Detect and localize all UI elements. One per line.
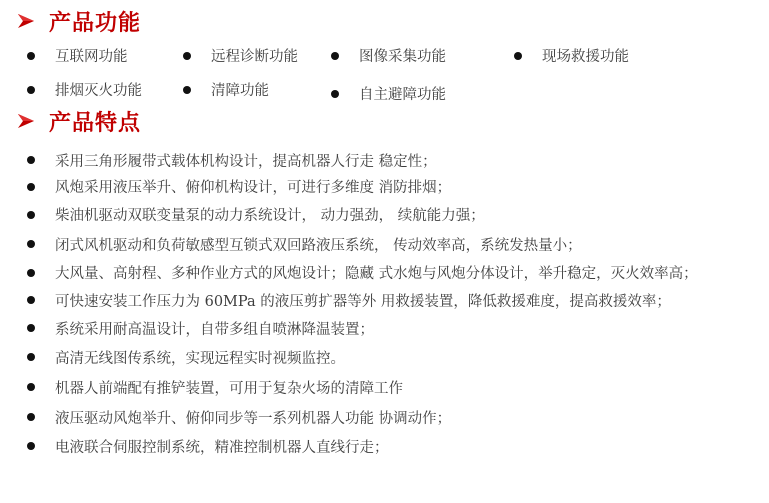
bullet-icon: [27, 211, 35, 219]
bullet-icon: [27, 296, 35, 304]
feature-item: 大风量、高射程、多种作业方式的风炮设计；隐藏 式水炮与风炮分体设计，举升稳定，灭…: [27, 259, 698, 286]
arrow-right-icon: [17, 112, 35, 130]
section-heading-functions: 产品功能: [17, 6, 141, 36]
feature-text: 大风量、高射程、多种作业方式的风炮设计；隐藏 式水炮与风炮分体设计，举升稳定，灭…: [55, 262, 698, 283]
feature-item: 可快速安装工作压力为 60MPa 的液压剪扩器等外 用救援装置，降低救援难度，提…: [27, 286, 698, 314]
feature-text: 电液联合伺服控制系统，精准控制机器人直线行走；: [55, 436, 389, 457]
function-item: 远程诊断功能: [183, 45, 298, 66]
feature-list: 采用三角形履带式载体机构设计，提高机器人行走 稳定性； 风炮采用液压举升、俯仰机…: [27, 147, 698, 460]
feature-item: 风炮采用液压举升、俯仰机构设计，可进行多维度 消防排烟；: [27, 173, 698, 200]
feature-text: 系统采用耐高温设计，自带多组自喷淋降温装置；: [55, 318, 374, 339]
function-item: 现场救援功能: [514, 45, 629, 66]
function-item: 自主避障功能: [331, 83, 446, 104]
feature-item: 采用三角形履带式载体机构设计，提高机器人行走 稳定性；: [27, 147, 698, 173]
feature-text: 液压驱动风炮举升、俯仰同步等一系列机器人功能 协调动作；: [55, 407, 451, 428]
feature-item: 系统采用耐高温设计，自带多组自喷淋降温装置；: [27, 314, 698, 342]
function-item: 清障功能: [183, 79, 269, 100]
bullet-icon: [183, 86, 191, 94]
bullet-icon: [514, 52, 522, 60]
function-item: 排烟灭火功能: [27, 79, 142, 100]
feature-text: 可快速安装工作压力为 60MPa 的液压剪扩器等外 用救援装置，降低救援难度，提…: [55, 290, 671, 311]
bullet-icon: [27, 269, 35, 277]
feature-text: 高清无线图传系统，实现远程实时视频监控。: [55, 347, 345, 368]
bullet-icon: [27, 442, 35, 450]
feature-item: 高清无线图传系统，实现远程实时视频监控。: [27, 342, 698, 372]
feature-text: 风炮采用液压举升、俯仰机构设计，可进行多维度 消防排烟；: [55, 176, 451, 197]
function-label: 互联网功能: [55, 45, 128, 66]
feature-text: 采用三角形履带式载体机构设计，提高机器人行走 稳定性；: [55, 150, 437, 171]
bullet-icon: [27, 353, 35, 361]
bullet-icon: [331, 90, 339, 98]
function-item: 互联网功能: [27, 45, 128, 66]
section-title: 产品特点: [49, 106, 141, 137]
bullet-icon: [27, 183, 35, 191]
section-title: 产品功能: [49, 6, 141, 37]
feature-item: 电液联合伺服控制系统，精准控制机器人直线行走；: [27, 432, 698, 460]
function-label: 清障功能: [211, 79, 269, 100]
feature-text: 闭式风机驱动和负荷敏感型互锁式双回路液压系统， 传动效率高，系统发热量小；: [55, 234, 582, 255]
bullet-icon: [27, 413, 35, 421]
bullet-icon: [27, 52, 35, 60]
feature-item: 机器人前端配有推铲装置，可用于复杂火场的清障工作: [27, 372, 698, 402]
function-label: 远程诊断功能: [211, 45, 298, 66]
feature-text: 机器人前端配有推铲装置，可用于复杂火场的清障工作: [55, 377, 403, 398]
feature-item: 柴油机驱动双联变量泵的动力系统设计， 动力强劲， 续航能力强；: [27, 200, 698, 229]
function-label: 现场救援功能: [542, 45, 629, 66]
function-item: 图像采集功能: [331, 45, 446, 66]
function-label: 图像采集功能: [359, 45, 446, 66]
section-heading-features: 产品特点: [17, 106, 141, 136]
feature-item: 闭式风机驱动和负荷敏感型互锁式双回路液压系统， 传动效率高，系统发热量小；: [27, 229, 698, 259]
bullet-icon: [27, 86, 35, 94]
arrow-right-icon: [17, 12, 35, 30]
bullet-icon: [27, 383, 35, 391]
bullet-icon: [331, 52, 339, 60]
function-label: 排烟灭火功能: [55, 79, 142, 100]
bullet-icon: [183, 52, 191, 60]
feature-item: 液压驱动风炮举升、俯仰同步等一系列机器人功能 协调动作；: [27, 402, 698, 432]
function-label: 自主避障功能: [359, 83, 446, 104]
bullet-icon: [27, 324, 35, 332]
bullet-icon: [27, 240, 35, 248]
feature-text: 柴油机驱动双联变量泵的动力系统设计， 动力强劲， 续航能力强；: [55, 204, 485, 225]
bullet-icon: [27, 156, 35, 164]
